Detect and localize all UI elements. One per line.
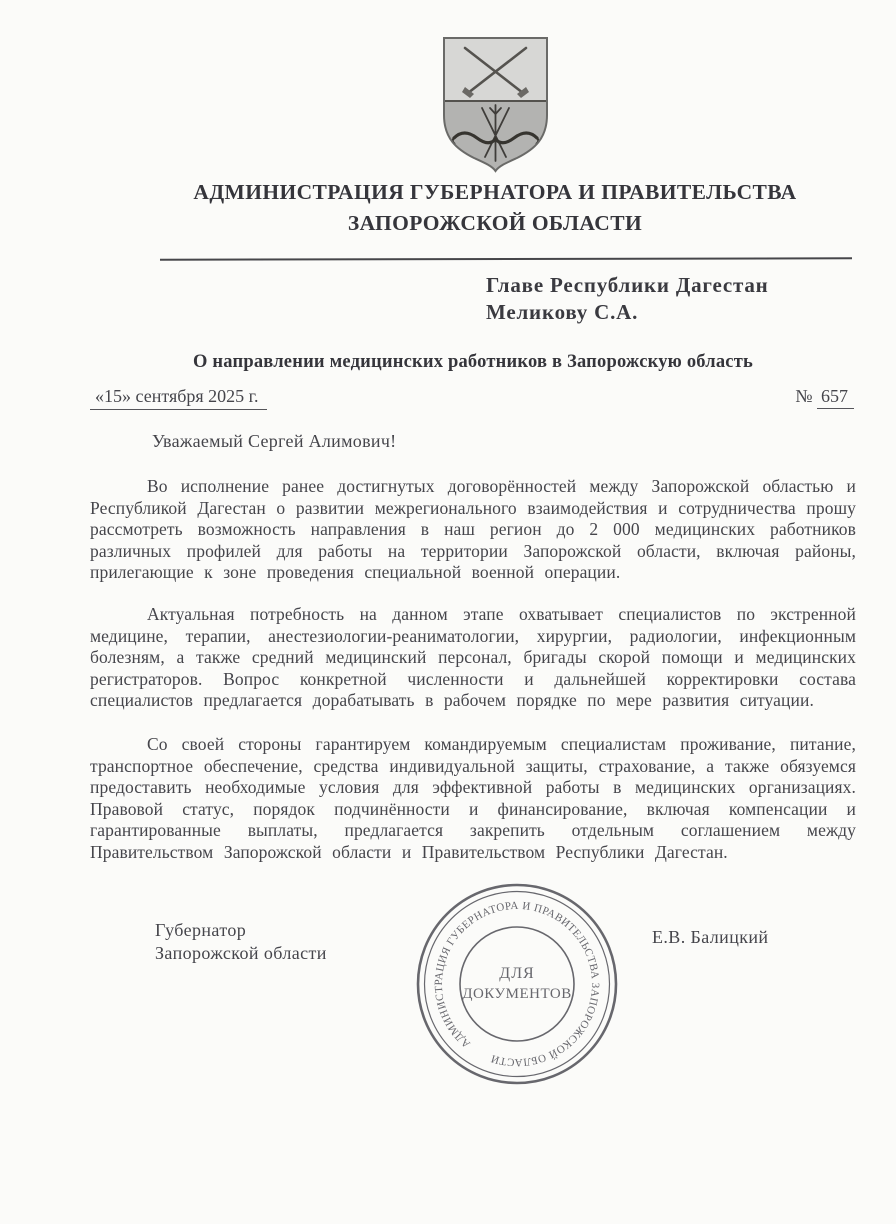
signatory-position: Губернатор Запорожской области	[155, 919, 327, 964]
body-paragraph-1: Во исполнение ранее достигнутых договорё…	[90, 476, 856, 584]
number-sign: №	[795, 386, 812, 406]
signatory-name: Е.В. Балицкий	[652, 927, 768, 948]
coat-of-arms-zaporozhye-icon	[438, 34, 553, 174]
org-name-line2: ЗАПОРОЖСКОЙ ОБЛАСТИ	[45, 208, 896, 239]
stamp-center-line2: ДОКУМЕНТОВ	[462, 986, 572, 1002]
signatory-position-line2: Запорожской области	[155, 942, 327, 965]
letterhead-divider-rule	[160, 257, 852, 260]
addressee-name: Меликову С.А.	[486, 299, 769, 326]
signatory-position-line1: Губернатор	[155, 919, 327, 942]
salutation: Уважаемый Сергей Алимович!	[152, 431, 396, 452]
subject-line: О направлении медицинских работников в З…	[90, 352, 856, 373]
official-round-stamp: АДМИНИСТРАЦИЯ ГУБЕРНАТОРА И ПРАВИТЕЛЬСТВ…	[407, 874, 627, 1094]
body-paragraph-2: Актуальная потребность на данном этапе о…	[90, 604, 856, 712]
document-date: «15» сентября 2025 г.	[90, 386, 267, 410]
reference-row: «15» сентября 2025 г. № 657	[90, 386, 856, 410]
letterhead-org-name: АДМИНИСТРАЦИЯ ГУБЕРНАТОРА И ПРАВИТЕЛЬСТВ…	[45, 177, 896, 239]
addressee-title: Главе Республики Дагестан	[486, 272, 769, 299]
stamp-ring-text: АДМИНИСТРАЦИЯ ГУБЕРНАТОРА И ПРАВИТЕЛЬСТВ…	[433, 900, 601, 1068]
addressee-block: Главе Республики Дагестан Меликову С.А.	[486, 272, 769, 326]
number-value: 657	[817, 386, 854, 409]
document-number: № 657	[795, 386, 856, 407]
stamp-center-line1: ДЛЯ	[499, 965, 534, 982]
scanned-letter-page: АДМИНИСТРАЦИЯ ГУБЕРНАТОРА И ПРАВИТЕЛЬСТВ…	[0, 0, 896, 1224]
body-paragraph-3: Со своей стороны гарантируем командируем…	[90, 734, 856, 863]
org-name-line1: АДМИНИСТРАЦИЯ ГУБЕРНАТОРА И ПРАВИТЕЛЬСТВ…	[45, 177, 896, 208]
